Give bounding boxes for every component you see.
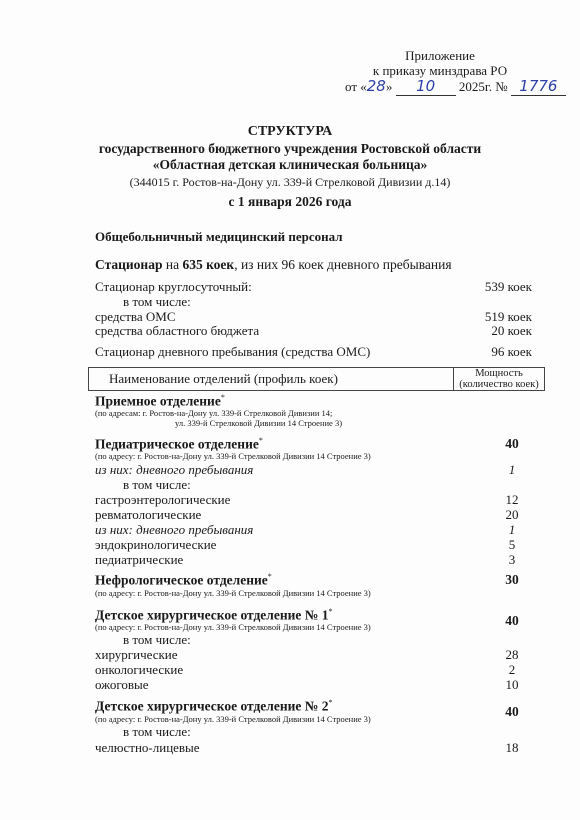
appendix-header: Приложение к приказу минздрава РО	[330, 48, 550, 78]
effective-date: с 1 января 2026 года	[0, 194, 580, 210]
order-month: 10	[396, 77, 456, 96]
department-address: (по адресу: г. Ростов-на-Дону ул. 339-й …	[95, 714, 371, 724]
bed-label: ожоговые	[95, 677, 149, 693]
bed-value: 2	[492, 662, 532, 678]
department-name: Педиатрическое отделение	[95, 437, 259, 452]
bed-row: ожоговые10	[95, 677, 532, 693]
bed-value: 18	[492, 740, 532, 756]
summary-value: 539 коек	[485, 279, 532, 295]
hospital-address: (344015 г. Ростов-на-Дону ул. 339-й Стре…	[0, 175, 580, 190]
order-reference: к приказу минздрава РО	[330, 63, 550, 78]
summary-value: 96 коек	[491, 344, 532, 360]
bed-value: 10	[492, 677, 532, 693]
department-address: (по адресу: г. Ростов-на-Дону ул. 339-й …	[95, 588, 371, 598]
footnote-mark: *	[221, 393, 225, 402]
bed-label: из них: дневного пребывания	[95, 462, 253, 478]
department-address: ул. 339-й Стрелковой Дивизии 14 Строение…	[95, 418, 342, 428]
order-mid: »	[386, 79, 393, 94]
department-address: (по адресу: г. Ростов-на-Дону ул. 339-й …	[95, 622, 371, 632]
bed-row: хирургические28	[95, 647, 532, 663]
bed-label: челюстно-лицевые	[95, 740, 200, 756]
bed-row: в том числе:	[95, 477, 532, 493]
bed-row: гастроэнтерологические12	[95, 492, 532, 508]
department-address: (по адресам: г. Ростов-на-Дону ул. 339-й…	[95, 408, 332, 418]
hospital-summary: Стационар на 635 коек, из них 96 коек дн…	[95, 257, 532, 273]
footnote-mark: *	[259, 436, 263, 445]
department-row: Нефрологическое отделение*30	[95, 572, 532, 589]
department-capacity: 40	[492, 613, 532, 629]
footnote-mark: *	[268, 572, 272, 581]
order-day: 28	[367, 77, 386, 95]
department-name: Детское хирургическое отделение № 1	[95, 608, 328, 623]
department-name: Детское хирургическое отделение № 2	[95, 699, 328, 714]
bed-value: 3	[492, 552, 532, 568]
summary-row: средства областного бюджета20 коек	[95, 323, 532, 339]
hospital-label: Стационар	[95, 257, 162, 273]
department-capacity: 30	[492, 572, 532, 589]
bed-label: хирургические	[95, 647, 178, 663]
bed-label: педиатрические	[95, 552, 183, 568]
bed-row: ревматологические20	[95, 507, 532, 523]
bed-row: в том числе:	[95, 632, 532, 648]
summary-label: средства областного бюджета	[95, 323, 259, 339]
section-heading-text: Общебольничный медицинский персонал	[95, 229, 343, 245]
hospital-beds: 635 коек	[182, 257, 234, 273]
bed-label: ревматологические	[95, 507, 201, 523]
bed-label: из них: дневного пребывания	[95, 522, 253, 538]
bed-value: 1	[492, 462, 532, 478]
bed-label: гастроэнтерологические	[95, 492, 230, 508]
order-prefix: от «	[345, 79, 367, 94]
bed-label: в том числе:	[95, 477, 191, 493]
header-department-name: Наименование отделений (профиль коек)	[89, 368, 454, 390]
hospital-rest: , из них 96 коек дневного пребывания	[234, 257, 451, 273]
summary-label: Стационар дневного пребывания (средства …	[95, 344, 370, 360]
department-capacity: 40	[492, 436, 532, 453]
bed-row: в том числе:	[95, 724, 532, 740]
header-capacity-line2: (количество коек)	[454, 379, 544, 390]
summary-row: Стационар круглосуточный:539 коек	[95, 279, 532, 295]
doc-title: СТРУКТУРА	[0, 124, 580, 140]
bed-row: из них: дневного пребывания1	[95, 462, 532, 478]
bed-label: в том числе:	[95, 724, 191, 740]
bed-row: онкологические2	[95, 662, 532, 678]
summary-label: в том числе:	[95, 294, 191, 310]
order-line: от «28» 10 2025г. № 1776	[345, 77, 566, 96]
bed-value: 5	[492, 537, 532, 553]
appendix-label: Приложение	[330, 48, 550, 63]
department-address: (по адресу: г. Ростов-на-Дону ул. 339-й …	[95, 451, 371, 461]
department-name: Приемное отделение	[95, 394, 221, 409]
bed-label: эндокринологические	[95, 537, 216, 553]
bed-value: 20	[492, 507, 532, 523]
bed-label: онкологические	[95, 662, 183, 678]
table-header: Наименование отделений (профиль коек) Мо…	[88, 367, 545, 391]
summary-value: 20 коек	[491, 323, 532, 339]
hospital-name: «Областная детская клиническая больница»	[0, 157, 580, 173]
footnote-mark: *	[328, 698, 332, 707]
department-name: Нефрологическое отделение	[95, 573, 268, 588]
department-capacity: 40	[492, 704, 532, 720]
bed-value: 28	[492, 647, 532, 663]
bed-row: челюстно-лицевые18	[95, 740, 532, 756]
header-capacity: Мощность (количество коек)	[454, 368, 544, 390]
bed-row: из них: дневного пребывания1	[95, 522, 532, 538]
order-number: 1776	[511, 77, 566, 96]
header-capacity-line1: Мощность	[454, 368, 544, 379]
bed-row: эндокринологические5	[95, 537, 532, 553]
section-heading: Общебольничный медицинский персонал	[95, 229, 532, 245]
bed-label: в том числе:	[95, 632, 191, 648]
summary-label: Стационар круглосуточный:	[95, 279, 252, 295]
order-year: 2025г. №	[459, 79, 508, 94]
footnote-mark: *	[328, 607, 332, 616]
bed-value: 12	[492, 492, 532, 508]
bed-value: 1	[492, 522, 532, 538]
institution-line: государственного бюджетного учреждения Р…	[0, 141, 580, 157]
bed-row: педиатрические3	[95, 552, 532, 568]
hospital-on: на	[162, 257, 182, 273]
summary-row: Стационар дневного пребывания (средства …	[95, 344, 532, 360]
summary-row: в том числе:	[95, 294, 532, 310]
